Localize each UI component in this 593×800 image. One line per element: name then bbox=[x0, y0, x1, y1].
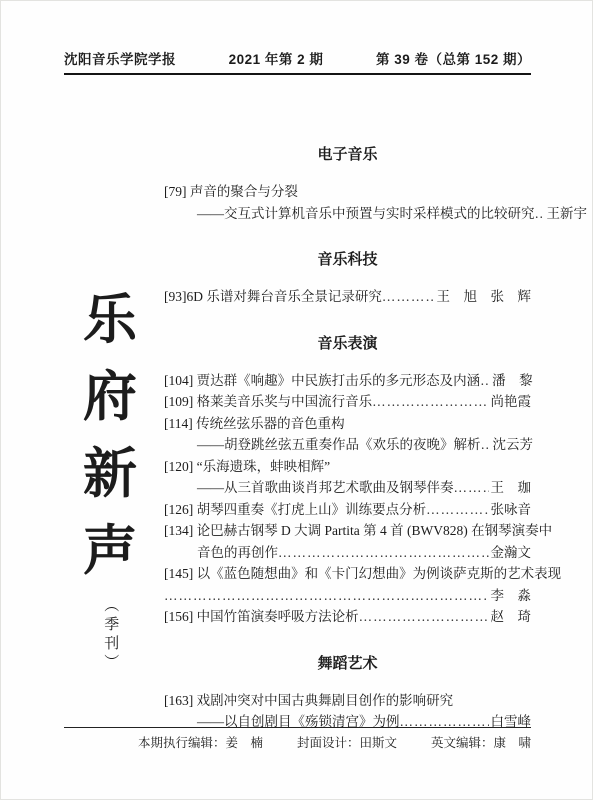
toc-line: …………………………………………………………………………………………………………… bbox=[164, 585, 531, 607]
journal-name: 沈阳音乐学院学报 bbox=[64, 48, 176, 68]
entry-title: ——交互式计算机音乐中预置与实时采样模式的比较研究 bbox=[164, 203, 535, 225]
author-name: 白雪峰 bbox=[491, 711, 532, 733]
dot-leader: …………………………………………………………………………………………………………… bbox=[535, 203, 545, 225]
entry-title: ——从三首歌曲谈肖邦艺术歌曲及钢琴伴奏 bbox=[164, 477, 454, 499]
footer-credit: 封面设计：田斯文 bbox=[297, 733, 397, 751]
entry-title: [109] 格莱美音乐奖与中国流行音乐 bbox=[164, 391, 372, 413]
dot-leader: …………………………………………………………………………………………………………… bbox=[359, 606, 489, 628]
entry-title: [93]6D 乐谱对舞台音乐全景记录研究 bbox=[164, 286, 382, 308]
table-of-contents: 电子音乐[79] 声音的聚合与分裂——交互式计算机音乐中预置与实时采样模式的比较… bbox=[164, 143, 531, 733]
toc-line: ——从三首歌曲谈肖邦艺术歌曲及钢琴伴奏………………………………………………………… bbox=[164, 477, 531, 499]
author-name: 李 淼 bbox=[491, 585, 532, 607]
dot-leader: …………………………………………………………………………………………………………… bbox=[426, 499, 488, 521]
entry-title: [134] 论巴赫古钢琴 D 大调 Partita 第 4 首 (BWV828)… bbox=[164, 520, 552, 542]
masthead-subtitle: （季刊） bbox=[102, 597, 119, 673]
author-name: 潘 黎 bbox=[492, 370, 533, 392]
entry-title: [156] 中国竹笛演奏呼吸方法论析 bbox=[164, 606, 359, 628]
header-rule bbox=[64, 73, 531, 75]
issue-label: 2021 年第 2 期 bbox=[229, 48, 324, 68]
author-name: 王新宇 bbox=[547, 203, 588, 225]
entry-title: [126] 胡琴四重奏《打虎上山》训练要点分析 bbox=[164, 499, 426, 521]
masthead-title-char: 新 bbox=[83, 447, 137, 501]
entry-title: [145] 以《蓝色随想曲》和《卡门幻想曲》为例谈萨克斯的艺术表现 bbox=[164, 563, 561, 585]
entry-title: [79] 声音的聚合与分裂 bbox=[164, 181, 298, 203]
toc-line: [104] 贾达群《响趣》中民族打击乐的多元形态及内涵…………………………………… bbox=[164, 370, 531, 392]
journal-toc-page: 沈阳音乐学院学报 2021 年第 2 期 第 39 卷（总第 152 期） 乐府… bbox=[0, 0, 593, 800]
toc-line: ——以自创剧目《殇锁清宫》为例…………………………………………………………………… bbox=[164, 711, 531, 733]
entry-title: 音色的再创作 bbox=[164, 542, 278, 564]
toc-line: [163] 戏剧冲突对中国古典舞剧目创作的影响研究 bbox=[164, 690, 531, 712]
author-name: 张咏音 bbox=[491, 499, 532, 521]
entry-title: [120] “乐海遗珠，蚌映相辉” bbox=[164, 456, 330, 478]
section-title: 音乐科技 bbox=[164, 248, 531, 269]
toc-line: [126] 胡琴四重奏《打虎上山》训练要点分析……………………………………………… bbox=[164, 499, 531, 521]
toc-line: ——胡登跳丝弦五重奏作品《欢乐的夜晚》解析…………………………………………………… bbox=[164, 434, 531, 456]
entry-title: ——以自创剧目《殇锁清宫》为例 bbox=[164, 711, 400, 733]
masthead-title-char: 乐 bbox=[83, 293, 137, 347]
author-name: 金瀚文 bbox=[491, 542, 532, 564]
toc-line: [145] 以《蓝色随想曲》和《卡门幻想曲》为例谈萨克斯的艺术表现 bbox=[164, 563, 531, 585]
author-name: 王 旭 张 辉 bbox=[437, 286, 532, 308]
section-title: 音乐表演 bbox=[164, 332, 531, 353]
toc-line: [114] 传统丝弦乐器的音色重构 bbox=[164, 413, 531, 435]
dot-leader: …………………………………………………………………………………………………………… bbox=[164, 585, 489, 607]
masthead-title-char: 府 bbox=[83, 370, 137, 424]
dot-leader: …………………………………………………………………………………………………………… bbox=[480, 370, 490, 392]
toc-line: 音色的再创作…………………………………………………………………………………………… bbox=[164, 542, 531, 564]
toc-line: [120] “乐海遗珠，蚌映相辉” bbox=[164, 456, 531, 478]
toc-line: [109] 格莱美音乐奖与中国流行音乐………………………………………………………… bbox=[164, 391, 531, 413]
footer-credit: 本期执行编辑：姜 楠 bbox=[138, 733, 263, 751]
masthead: 乐府新声（季刊） bbox=[80, 293, 140, 673]
dot-leader: …………………………………………………………………………………………………………… bbox=[481, 434, 491, 456]
section-title: 电子音乐 bbox=[164, 143, 531, 164]
volume-label: 第 39 卷（总第 152 期） bbox=[376, 48, 531, 68]
author-name: 王 珈 bbox=[491, 477, 532, 499]
dot-leader: …………………………………………………………………………………………………………… bbox=[454, 477, 489, 499]
footer-credit: 英文编辑：康 啸 bbox=[431, 733, 531, 751]
section-title: 舞蹈艺术 bbox=[164, 652, 531, 673]
toc-line: [156] 中国竹笛演奏呼吸方法论析…………………………………………………………… bbox=[164, 606, 531, 628]
page-footer: 本期执行编辑：姜 楠封面设计：田斯文英文编辑：康 啸 bbox=[64, 733, 531, 751]
toc-line: [93]6D 乐谱对舞台音乐全景记录研究……………………………………………………… bbox=[164, 286, 531, 308]
author-name: 尚艳霞 bbox=[491, 391, 532, 413]
footer-rule bbox=[64, 727, 531, 728]
masthead-title-char: 声 bbox=[83, 524, 137, 578]
dot-leader: …………………………………………………………………………………………………………… bbox=[372, 391, 488, 413]
entry-title: [163] 戏剧冲突对中国古典舞剧目创作的影响研究 bbox=[164, 690, 453, 712]
toc-line: ——交互式计算机音乐中预置与实时采样模式的比较研究………………………………………… bbox=[164, 203, 531, 225]
dot-leader: …………………………………………………………………………………………………………… bbox=[382, 286, 435, 308]
entry-title: ——胡登跳丝弦五重奏作品《欢乐的夜晚》解析 bbox=[164, 434, 481, 456]
toc-line: [79] 声音的聚合与分裂 bbox=[164, 181, 531, 203]
entry-title: [104] 贾达群《响趣》中民族打击乐的多元形态及内涵 bbox=[164, 370, 480, 392]
entry-title: [114] 传统丝弦乐器的音色重构 bbox=[164, 413, 345, 435]
author-name: 赵 琦 bbox=[491, 606, 532, 628]
page-header: 沈阳音乐学院学报 2021 年第 2 期 第 39 卷（总第 152 期） bbox=[64, 48, 531, 68]
dot-leader: …………………………………………………………………………………………………………… bbox=[278, 542, 489, 564]
author-name: 沈云芳 bbox=[493, 434, 534, 456]
toc-line: [134] 论巴赫古钢琴 D 大调 Partita 第 4 首 (BWV828)… bbox=[164, 520, 531, 542]
dot-leader: …………………………………………………………………………………………………………… bbox=[400, 711, 489, 733]
